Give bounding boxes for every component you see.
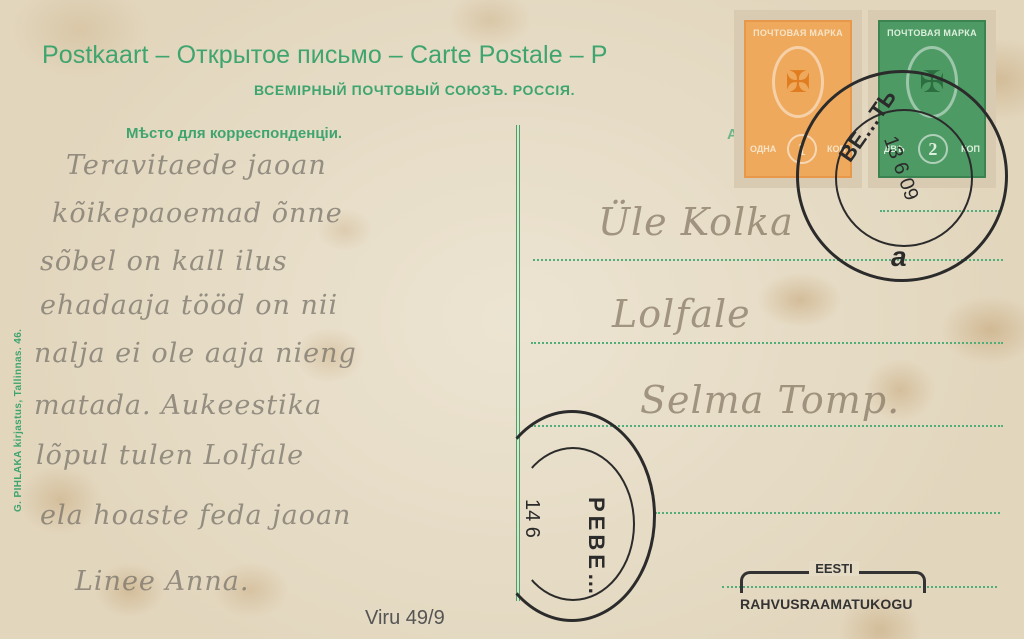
postmark-location: РЕВЕ…	[583, 497, 609, 599]
library-stamp-name: RAHVUSRAAMATUKOGU	[740, 596, 913, 612]
address-name-line: Selma Tomp.	[640, 378, 900, 422]
message-line: sõbel on kall ilus	[40, 246, 288, 277]
message-line: nalja ei ole aaja nieng	[34, 338, 357, 369]
address-place-line: Lolfale	[612, 292, 751, 336]
postmark-letter: а	[891, 241, 907, 273]
library-stamp-top: EESTI	[809, 561, 859, 576]
message-signature: Linee Anna.	[75, 566, 249, 597]
message-line: ela hoaste feda jaoan	[40, 500, 351, 531]
address-line	[531, 342, 1003, 344]
message-line: matada. Aukeestika	[34, 390, 322, 421]
address-line	[655, 512, 1000, 514]
correspondence-label: Мѣсто для корреспонденцiи.	[126, 125, 342, 142]
archive-pencil-note: Viru 49/9	[365, 607, 445, 630]
message-line: lõpul tulen Lolfale	[36, 440, 304, 471]
double-eagle-icon: ✠	[772, 46, 824, 118]
postcard-back: Postkaart – Открытое письмо – Carte Post…	[0, 0, 1024, 639]
postmark-date: 14 6	[520, 499, 543, 538]
printer-imprint: G. PIHLAKA kirjastus, Tallinnas. 46.	[13, 329, 24, 512]
postmark-departure: ВЕ…ТЬ 13 6 09 а	[796, 70, 1008, 282]
message-line: ehadaaja tööd on nii	[40, 290, 338, 321]
address-recipient-line: Üle Kolka	[598, 200, 794, 244]
postmark-arrival: РЕВЕ… 14 6	[488, 410, 656, 622]
stamp-top-text: ПОЧТОВАЯ МАРКА	[753, 28, 843, 38]
postal-union-label: ВСЕМIРНЫЙ ПОЧТОВЫЙ СОЮЗЪ. РОССIЯ.	[254, 82, 575, 98]
message-line: kõikepaoemad õnne	[52, 198, 343, 229]
stamp-left-text: ОДНА	[750, 144, 776, 154]
message-line: Teravitaede jaoan	[66, 150, 327, 181]
stamp-top-text: ПОЧТОВАЯ МАРКА	[887, 28, 977, 38]
postcard-header-title: Postkaart – Открытое письмо – Carte Post…	[42, 41, 608, 70]
